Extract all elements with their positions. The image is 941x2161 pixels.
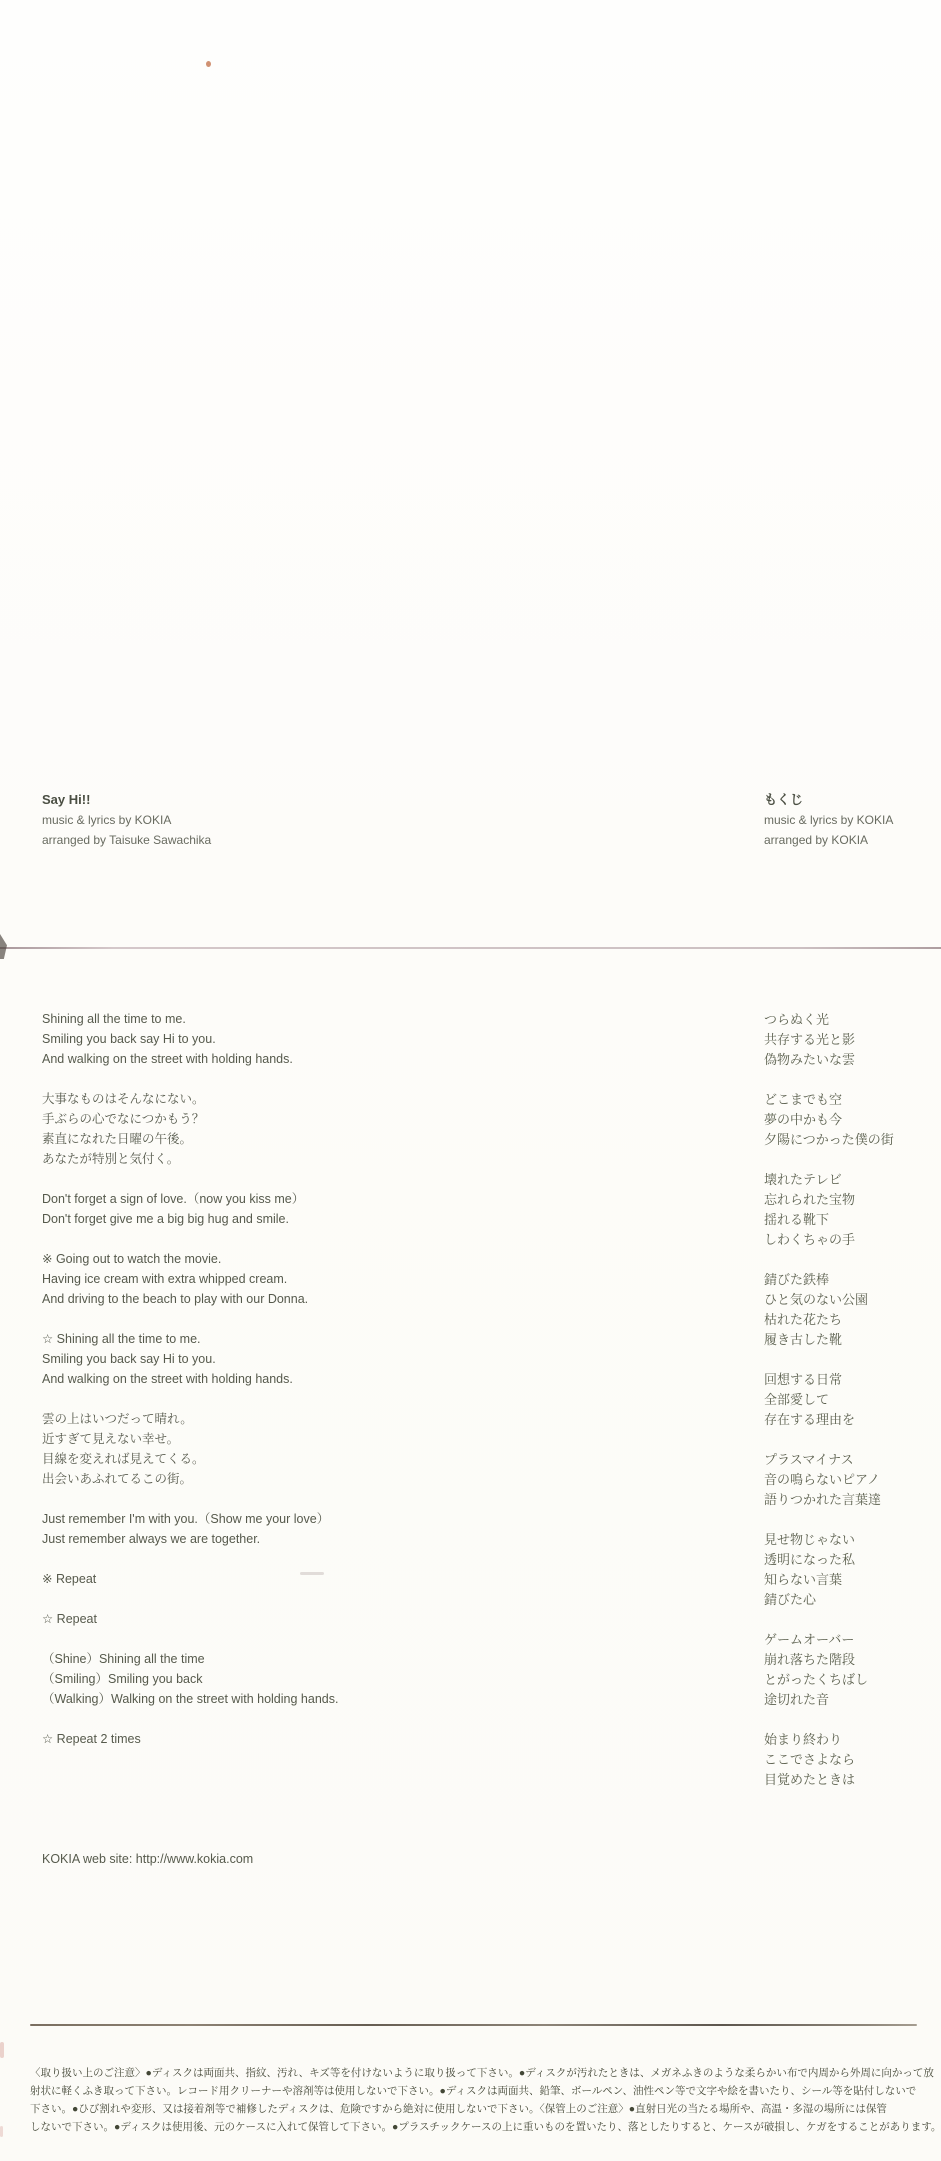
lyrics-line: 素直になれた日曜の午後。 <box>42 1129 338 1149</box>
lyrics-line: （Walking）Walking on the street with hold… <box>42 1689 338 1709</box>
lyrics-stanza: ☆ Repeat 2 times <box>42 1729 338 1749</box>
lyrics-stanza: （Shine）Shining all the time（Smiling）Smil… <box>42 1649 338 1709</box>
lyrics-line: 出会いあふれてるこの街。 <box>42 1469 338 1489</box>
lyrics-line: 途切れた音 <box>764 1690 894 1710</box>
lyrics-line: 目線を変えれば見えてくる。 <box>42 1449 338 1469</box>
lyrics-stanza: ゲームオーバー崩れ落ちた階段とがったくちばし途切れた音 <box>764 1630 894 1710</box>
lyrics-line: 枯れた花たち <box>764 1310 894 1330</box>
lyrics-line: 知らない言葉 <box>764 1570 894 1590</box>
lyrics-stanza: 雲の上はいつだって晴れ。近すぎて見えない幸せ。目線を変えれば見えてくる。出会いあ… <box>42 1409 338 1489</box>
lyrics-line: Smiling you back say Hi to you. <box>42 1029 338 1049</box>
lyrics-line: Don't forget give me a big big hug and s… <box>42 1209 338 1229</box>
lyrics-line: 大事なものはそんなにない。 <box>42 1089 338 1109</box>
lyrics-line: ※ Going out to watch the movie. <box>42 1249 338 1269</box>
lyrics-line: Just remember always we are together. <box>42 1529 338 1549</box>
lyrics-line: 音の鳴らないピアノ <box>764 1470 894 1490</box>
lyrics-line: とがったくちばし <box>764 1670 894 1690</box>
lyrics-line: しわくちゃの手 <box>764 1230 894 1250</box>
lyrics-line: And driving to the beach to play with ou… <box>42 1289 338 1309</box>
lyrics-line: 透明になった私 <box>764 1550 894 1570</box>
lyrics-line: 近すぎて見えない幸せ。 <box>42 1429 338 1449</box>
lyrics-line: あなたが特別と気付く。 <box>42 1149 338 1169</box>
lyrics-line: 錆びた心 <box>764 1590 894 1610</box>
lyrics-line: 夢の中かも今 <box>764 1110 894 1130</box>
lyrics-line: 壊れたテレビ <box>764 1170 894 1190</box>
lyrics-stanza: プラスマイナス音の鳴らないピアノ語りつかれた言葉達 <box>764 1450 894 1510</box>
lyrics-line: ☆ Shining all the time to me. <box>42 1329 338 1349</box>
lyrics-line: 手ぶらの心でなにつかもう？ <box>42 1109 338 1129</box>
lyrics-line: 忘れられた宝物 <box>764 1190 894 1210</box>
song-credit-arranged: arranged by Taisuke Sawachika <box>42 830 211 850</box>
lyrics-stanza: 錆びた鉄棒ひと気のない公園枯れた花たち履き古した靴 <box>764 1270 894 1350</box>
lyrics-stanza: どこまでも空夢の中かも今夕陽につかった僕の街 <box>764 1090 894 1150</box>
lyrics-stanza: ☆ Repeat <box>42 1609 338 1629</box>
lyrics-line: 全部愛して <box>764 1390 894 1410</box>
lyrics-line: （Smiling）Smiling you back <box>42 1669 338 1689</box>
lyrics-stanza: 回想する日常全部愛して存在する理由を <box>764 1370 894 1430</box>
website-text: KOKIA web site: http://www.kokia.com <box>42 1849 253 1869</box>
lyrics-line: 共存する光と影 <box>764 1030 894 1050</box>
fold-crease-line <box>0 947 941 949</box>
song-credit-music: music & lyrics by KOKIA <box>42 810 211 830</box>
booklet-page: { "left_song": { "title": "Say Hi!!", "c… <box>0 0 941 2161</box>
lyrics-stanza: ☆ Shining all the time to me.Smiling you… <box>42 1329 338 1389</box>
lyrics-line: 夕陽につかった僕の街 <box>764 1130 894 1150</box>
lyrics-column-say-hi: Shining all the time to me.Smiling you b… <box>42 1009 338 1769</box>
scan-edge-artifact <box>0 934 7 959</box>
lyrics-line: Smiling you back say Hi to you. <box>42 1349 338 1369</box>
scan-speck <box>206 61 211 67</box>
lyrics-line: 目覚めたときは <box>764 1770 894 1790</box>
footer-divider-line <box>30 2024 917 2026</box>
song-credit-arranged: arranged by KOKIA <box>764 830 893 850</box>
lyrics-line: Just remember I'm with you.（Show me your… <box>42 1509 338 1529</box>
lyrics-stanza: ※ Repeat <box>42 1569 338 1589</box>
lyrics-line: 崩れ落ちた階段 <box>764 1650 894 1670</box>
lyrics-line: 回想する日常 <box>764 1370 894 1390</box>
song-credit-music: music & lyrics by KOKIA <box>764 810 893 830</box>
lyrics-line: 始まり終わり <box>764 1730 894 1750</box>
lyrics-stanza: Don't forget a sign of love.（now you kis… <box>42 1189 338 1229</box>
notice-line: 下さい。●ひび割れや変形、又は接着剤等で補修したディスクは、危険ですから絶対に使… <box>30 2100 935 2118</box>
lyrics-line: 存在する理由を <box>764 1410 894 1430</box>
lyrics-line: どこまでも空 <box>764 1090 894 1110</box>
lyrics-line: 偽物みたいな雲 <box>764 1050 894 1070</box>
lyrics-line: Shining all the time to me. <box>42 1009 338 1029</box>
notice-line: しないで下さい。●ディスクは使用後、元のケースに入れて保管して下さい。●プラスチ… <box>30 2118 935 2136</box>
lyrics-line: ここでさよなら <box>764 1750 894 1770</box>
notice-line: 〈取り扱い上のご注意〉●ディスクは両面共、指紋、汚れ、キズ等を付けないように取り… <box>30 2064 935 2082</box>
lyrics-line: プラスマイナス <box>764 1450 894 1470</box>
lyrics-stanza: 始まり終わりここでさよなら目覚めたときは <box>764 1730 894 1790</box>
lyrics-line: 雲の上はいつだって晴れ。 <box>42 1409 338 1429</box>
lyrics-stanza: 大事なものはそんなにない。手ぶらの心でなにつかもう？素直になれた日曜の午後。あな… <box>42 1089 338 1169</box>
lyrics-line: And walking on the street with holding h… <box>42 1049 338 1069</box>
lyrics-line: ひと気のない公園 <box>764 1290 894 1310</box>
lyrics-line: 履き古した靴 <box>764 1330 894 1350</box>
lyrics-line: ※ Repeat <box>42 1569 338 1589</box>
lyrics-line: ☆ Repeat 2 times <box>42 1729 338 1749</box>
lyrics-stanza: Just remember I'm with you.（Show me your… <box>42 1509 338 1549</box>
lyrics-line: 見せ物じゃない <box>764 1530 894 1550</box>
lyrics-line: つらぬく光 <box>764 1010 894 1030</box>
care-notice: 〈取り扱い上のご注意〉●ディスクは両面共、指紋、汚れ、キズ等を付けないように取り… <box>30 2064 935 2136</box>
notice-line: 射状に軽くふき取って下さい。レコード用クリーナーや溶剤等は使用しないで下さい。●… <box>30 2082 935 2100</box>
song-header-say-hi: Say Hi!! music & lyrics by KOKIA arrange… <box>42 790 211 850</box>
song-title: Say Hi!! <box>42 790 211 810</box>
lyrics-stanza: Shining all the time to me.Smiling you b… <box>42 1009 338 1069</box>
song-header-mokuji: もくじ music & lyrics by KOKIA arranged by … <box>764 790 893 850</box>
lyrics-line: Having ice cream with extra whipped crea… <box>42 1269 338 1289</box>
lyrics-line: 揺れる靴下 <box>764 1210 894 1230</box>
lyrics-line: 語りつかれた言葉達 <box>764 1490 894 1510</box>
lyrics-line: ゲームオーバー <box>764 1630 894 1650</box>
song-title: もくじ <box>764 790 893 810</box>
lyrics-line: ☆ Repeat <box>42 1609 338 1629</box>
lyrics-column-mokuji: つらぬく光共存する光と影偽物みたいな雲どこまでも空夢の中かも今夕陽につかった僕の… <box>764 1010 894 1810</box>
lyrics-stanza: ※ Going out to watch the movie.Having ic… <box>42 1249 338 1309</box>
scan-edge-mark <box>0 2126 3 2137</box>
lyrics-line: Don't forget a sign of love.（now you kis… <box>42 1189 338 1209</box>
lyrics-stanza: つらぬく光共存する光と影偽物みたいな雲 <box>764 1010 894 1070</box>
lyrics-line: 錆びた鉄棒 <box>764 1270 894 1290</box>
lyrics-stanza: 見せ物じゃない透明になった私知らない言葉錆びた心 <box>764 1530 894 1610</box>
scan-edge-mark <box>0 2042 4 2058</box>
lyrics-line: （Shine）Shining all the time <box>42 1649 338 1669</box>
lyrics-line: And walking on the street with holding h… <box>42 1369 338 1389</box>
lyrics-stanza: 壊れたテレビ忘れられた宝物揺れる靴下しわくちゃの手 <box>764 1170 894 1250</box>
